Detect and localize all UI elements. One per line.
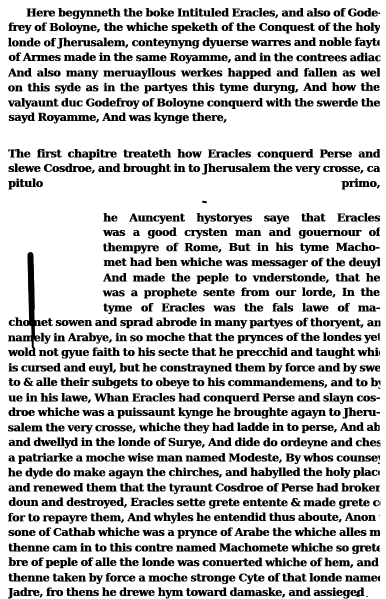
text-line: sayd Royamme, And was kynge there, bbox=[8, 110, 380, 125]
text-line: thenne taken by force a moche stronge Cy… bbox=[8, 570, 380, 585]
text-line: he Auncyent hystoryes saye that Eracles bbox=[103, 210, 380, 225]
text-line: for to repayre them, And whyles he enten… bbox=[8, 510, 380, 526]
text-line: The first chapitre treateth how Eracles … bbox=[8, 146, 380, 161]
text-line: londe of Jherusalem, conteynyng dyuerse … bbox=[8, 35, 380, 51]
chapter-number: primo, bbox=[341, 176, 380, 191]
text-line: doun and destroyed, Eracles sette grete … bbox=[8, 495, 380, 510]
text-line: chomet sowen and sprad abrode in many pa… bbox=[8, 315, 380, 330]
text-line: met had ben whiche was messager of the d… bbox=[103, 255, 380, 270]
text-line: is cursed and euyl, but he constrayned t… bbox=[8, 360, 380, 375]
text-line: on this syde as in the partyes this tyme… bbox=[8, 80, 380, 96]
rubric-catchword-row: pitulo primo, bbox=[8, 176, 380, 191]
text-line: And made the peple to vnderstonde, that … bbox=[103, 270, 380, 285]
catchword-left: pitulo bbox=[8, 176, 43, 191]
chapter-body: he Auncyent hystoryes saye that Eracles … bbox=[8, 210, 380, 599]
text-line: of Armes made in the same Royamme, and i… bbox=[8, 50, 380, 65]
scanned-book-page: Here begynneth the boke Intituled Eracle… bbox=[0, 0, 386, 599]
text-line: and renewed them that the tyraunt Cosdro… bbox=[8, 480, 380, 495]
text-line: bre of peple of alle the londe was conue… bbox=[8, 555, 380, 570]
ink-spot bbox=[202, 201, 207, 204]
text-line: thempyre of Rome, But in his tyme Macho- bbox=[103, 240, 380, 255]
text-line: tyme of Eracles was the fals lawe of ma- bbox=[103, 300, 380, 315]
text-line: he dyde do make agayn the chirches, and … bbox=[8, 465, 380, 481]
text-line: slewe Cosdroe, and brought in to Jherusa… bbox=[8, 161, 380, 176]
text-line: ue in his lawe, Whan Eracles had conquer… bbox=[8, 390, 380, 405]
text-line: droe whiche was a puissaunt kynge he bro… bbox=[8, 405, 380, 420]
text-line: sone of Cathab whiche was a prynce of Ar… bbox=[8, 525, 380, 540]
text-line: wold not gyue faith to his secte that he… bbox=[8, 345, 380, 360]
prologue-paragraph: Here begynneth the boke Intituled Eracle… bbox=[8, 5, 380, 125]
text-line: to & alle their subgets to obeye to his … bbox=[8, 375, 380, 390]
text-line: frey of Boloyne, the whiche speketh of t… bbox=[8, 20, 380, 35]
chapter-rubric: The first chapitre treateth how Eracles … bbox=[8, 146, 380, 191]
text-line: and dwellyd in the londe of Surye, And d… bbox=[8, 435, 380, 450]
text-line: was a prophete sente from our lorde, In … bbox=[103, 285, 380, 300]
text-line: And also many meruayllous werkes happed … bbox=[8, 65, 380, 80]
text-line: Here begynneth the boke Intituled Eracle… bbox=[8, 5, 380, 20]
ink-speck bbox=[356, 594, 360, 597]
text-line: a patriarke a moche wise man named Modes… bbox=[8, 450, 380, 465]
text-line: valyaunt duc Godefroy of Boloyne conquer… bbox=[8, 95, 380, 110]
text-line: salem the very crosse, whiche they had l… bbox=[8, 420, 380, 436]
text-line: Jadre, fro thens he drewe hym toward dam… bbox=[8, 585, 380, 599]
text-line: namely in Arabye, in so moche that the p… bbox=[8, 330, 380, 346]
text-line: thenne cam in to this contre named Macho… bbox=[8, 540, 380, 555]
text-line: was a good crysten man and gouernour of bbox=[103, 225, 380, 240]
